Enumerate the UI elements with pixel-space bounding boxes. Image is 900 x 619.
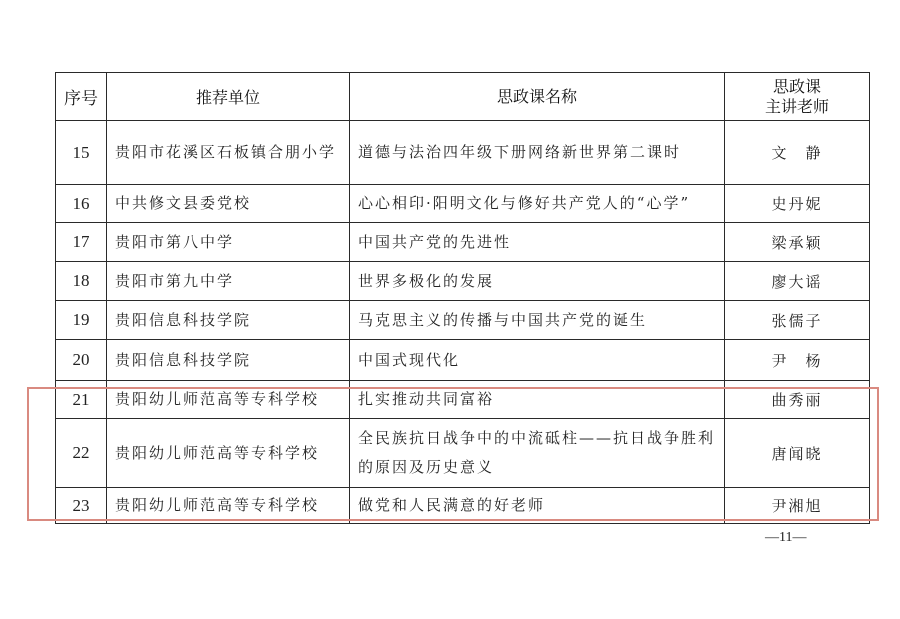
row-no: 18 bbox=[56, 262, 107, 301]
row-unit: 贵阳信息科技学院 bbox=[107, 340, 350, 381]
row-teacher: 史丹妮 bbox=[725, 185, 870, 223]
table-row: 18 贵阳市第九中学 世界多极化的发展 廖大谣 bbox=[56, 262, 870, 301]
row-no: 15 bbox=[56, 121, 107, 185]
row-course: 做党和人民满意的好老师 bbox=[350, 488, 725, 524]
header-unit: 推荐单位 bbox=[107, 73, 350, 121]
table-row-highlighted: 23 贵阳幼儿师范高等专科学校 做党和人民满意的好老师 尹湘旭 bbox=[56, 488, 870, 524]
row-teacher: 梁承颖 bbox=[725, 223, 870, 262]
table-row: 15 贵阳市花溪区石板镇合朋小学 道德与法治四年级下册网络新世界第二课时 文 静 bbox=[56, 121, 870, 185]
table-row-highlighted: 21 贵阳幼儿师范高等专科学校 扎实推动共同富裕 曲秀丽 bbox=[56, 381, 870, 419]
row-unit: 贵阳信息科技学院 bbox=[107, 301, 350, 340]
row-course: 扎实推动共同富裕 bbox=[350, 381, 725, 419]
row-unit: 贵阳幼儿师范高等专科学校 bbox=[107, 488, 350, 524]
page-number: —11— bbox=[765, 530, 806, 546]
row-teacher: 曲秀丽 bbox=[725, 381, 870, 419]
header-no: 序号 bbox=[56, 73, 107, 121]
row-course: 世界多极化的发展 bbox=[350, 262, 725, 301]
header-teacher-line2: 主讲老师 bbox=[725, 97, 869, 117]
table-row: 20 贵阳信息科技学院 中国式现代化 尹 杨 bbox=[56, 340, 870, 381]
table-row: 17 贵阳市第八中学 中国共产党的先进性 梁承颖 bbox=[56, 223, 870, 262]
row-teacher: 廖大谣 bbox=[725, 262, 870, 301]
row-teacher: 尹 杨 bbox=[725, 340, 870, 381]
row-unit: 中共修文县委党校 bbox=[107, 185, 350, 223]
row-no: 16 bbox=[56, 185, 107, 223]
header-teacher-line1: 思政课 bbox=[725, 77, 869, 97]
row-course: 道德与法治四年级下册网络新世界第二课时 bbox=[350, 121, 725, 185]
row-unit: 贵阳幼儿师范高等专科学校 bbox=[107, 381, 350, 419]
row-no: 22 bbox=[56, 419, 107, 488]
row-no: 17 bbox=[56, 223, 107, 262]
row-teacher: 唐闻晓 bbox=[725, 419, 870, 488]
table-header-row: 序号 推荐单位 思政课名称 思政课 主讲老师 bbox=[56, 73, 870, 121]
row-course: 中国共产党的先进性 bbox=[350, 223, 725, 262]
header-teacher: 思政课 主讲老师 bbox=[725, 73, 870, 121]
row-unit: 贵阳市第八中学 bbox=[107, 223, 350, 262]
row-teacher: 张儒子 bbox=[725, 301, 870, 340]
row-course: 心心相印·阳明文化与修好共产党人的“心学” bbox=[350, 185, 725, 223]
header-course: 思政课名称 bbox=[350, 73, 725, 121]
row-course: 马克思主义的传播与中国共产党的诞生 bbox=[350, 301, 725, 340]
table-row: 19 贵阳信息科技学院 马克思主义的传播与中国共产党的诞生 张儒子 bbox=[56, 301, 870, 340]
row-teacher: 文 静 bbox=[725, 121, 870, 185]
row-course: 中国式现代化 bbox=[350, 340, 725, 381]
row-unit: 贵阳市花溪区石板镇合朋小学 bbox=[107, 121, 350, 185]
row-no: 19 bbox=[56, 301, 107, 340]
row-unit: 贵阳市第九中学 bbox=[107, 262, 350, 301]
row-no: 23 bbox=[56, 488, 107, 524]
row-unit: 贵阳幼儿师范高等专科学校 bbox=[107, 419, 350, 488]
table-row: 16 中共修文县委党校 心心相印·阳明文化与修好共产党人的“心学” 史丹妮 bbox=[56, 185, 870, 223]
row-course: 全民族抗日战争中的中流砥柱——抗日战争胜利的原因及历史意义 bbox=[350, 419, 725, 488]
row-no: 20 bbox=[56, 340, 107, 381]
recommendation-table: 序号 推荐单位 思政课名称 思政课 主讲老师 15 贵阳市花溪区石板镇合朋小学 … bbox=[55, 72, 870, 524]
row-teacher: 尹湘旭 bbox=[725, 488, 870, 524]
row-no: 21 bbox=[56, 381, 107, 419]
table-row-highlighted: 22 贵阳幼儿师范高等专科学校 全民族抗日战争中的中流砥柱——抗日战争胜利的原因… bbox=[56, 419, 870, 488]
